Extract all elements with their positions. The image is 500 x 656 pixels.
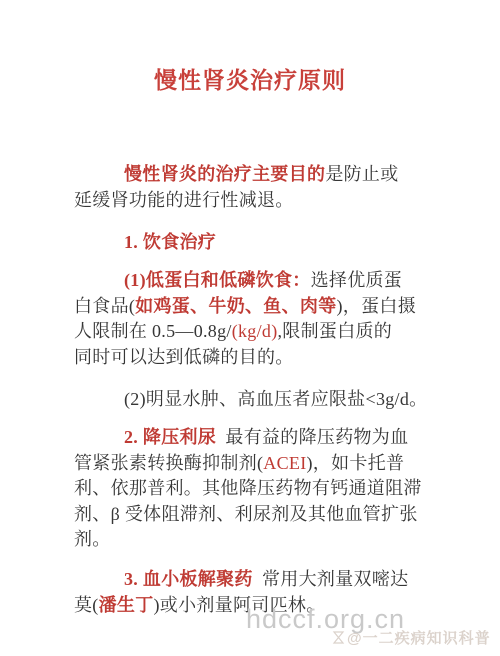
text-segment-plain: 选择优质蛋	[311, 270, 403, 290]
paragraph-bp-diuresis-line: 剂。	[74, 527, 434, 553]
text-segment-plain: 人限制在 0.5—0.8g/	[74, 321, 232, 341]
text-segment-red: ACEI	[263, 453, 306, 473]
text-segment-red-bold: 1. 饮食治疗	[124, 232, 216, 252]
text-segment-red-bold: 慢性肾炎的治疗主要目的	[124, 164, 325, 184]
text-segment-plain: ,限制蛋白质的	[278, 321, 393, 341]
paragraph-low-protein-line: 同时可以达到低磷的目的。	[74, 345, 434, 371]
heading-diet-therapy-line: 1. 饮食治疗	[74, 230, 434, 256]
paragraph-bp-diuresis-line: 利、依那普利。其他降压药物有钙通道阻滞	[74, 476, 434, 502]
document-page: 慢性肾炎治疗原则 慢性肾炎的治疗主要目的是防止或延缓肾功能的进行性减退。1. 饮…	[0, 0, 500, 656]
text-segment-red-bold: (1)低蛋白和低磷饮食：	[124, 270, 311, 290]
paragraph-bp-diuresis: 2. 降压利尿 最有益的降压药物为血管紧张素转换酶抑制剂(ACEI)，如卡托普利…	[74, 425, 434, 553]
intro-paragraph-line: 延缓肾功能的进行性减退。	[74, 188, 434, 214]
text-segment-plain: )，如卡托普	[307, 453, 405, 473]
text-segment-plain: 常用大剂量双嘧达	[253, 569, 409, 589]
text-segment-plain: 剂。	[74, 529, 111, 549]
watermark-credit-text: @一二疾病知识科普	[347, 627, 491, 648]
paragraph-low-protein-line: 人限制在 0.5—0.8g/(kg/d),限制蛋白质的	[74, 319, 434, 345]
text-segment-red-bold: 3. 血小板解聚药	[124, 569, 253, 589]
text-segment-plain: 最有益的降压药物为血	[216, 427, 408, 447]
paragraph-bp-diuresis-line: 2. 降压利尿 最有益的降压药物为血	[74, 425, 434, 451]
text-segment-plain: 是防止或	[325, 164, 398, 184]
intro-paragraph: 慢性肾炎的治疗主要目的是防止或延缓肾功能的进行性减退。	[74, 162, 434, 213]
text-segment-plain: 同时可以达到低磷的目的。	[74, 347, 294, 367]
page-title: 慢性肾炎治疗原则	[0, 62, 500, 95]
paragraph-antiplatelet-line: 3. 血小板解聚药 常用大剂量双嘧达	[74, 567, 434, 593]
text-segment-plain: 剂、β 受体阻滞剂、利尿剂及其他血管扩张	[74, 504, 418, 524]
paragraph-salt-limit-line: (2)明显水肿、高血压者应限盐<3g/d。	[74, 387, 434, 413]
paragraph-bp-diuresis-line: 剂、β 受体阻滞剂、利尿剂及其他血管扩张	[74, 502, 434, 528]
text-segment-red: (kg/d)	[232, 321, 278, 341]
intro-paragraph-line: 慢性肾炎的治疗主要目的是防止或	[74, 162, 434, 188]
text-segment-red-bold: 潘生丁	[99, 595, 154, 615]
paragraph-low-protein-line: (1)低蛋白和低磷饮食：选择优质蛋	[74, 268, 434, 294]
text-segment-red-bold: 2. 降压利尿	[124, 427, 216, 447]
paragraph-low-protein: (1)低蛋白和低磷饮食：选择优质蛋白食品(如鸡蛋、牛奶、鱼、肉等)，蛋白摄人限制…	[74, 268, 434, 370]
text-segment-plain: )，蛋白摄	[337, 296, 417, 316]
paragraph-bp-diuresis-line: 管紧张素转换酶抑制剂(ACEI)，如卡托普	[74, 451, 434, 477]
text-segment-plain: 白食品(	[74, 296, 135, 316]
text-segment-plain: 管紧张素转换酶抑制剂(	[74, 453, 263, 473]
text-segment-plain: (2)明显水肿、高血压者应限盐<3g/d。	[124, 389, 427, 409]
text-segment-plain: 延缓肾功能的进行性减退。	[74, 190, 294, 210]
heading-diet-therapy: 1. 饮食治疗	[74, 230, 434, 256]
paragraph-low-protein-line: 白食品(如鸡蛋、牛奶、鱼、肉等)，蛋白摄	[74, 294, 434, 320]
text-segment-plain: 莫(	[74, 595, 99, 615]
watermark-credit: @一二疾病知识科普	[332, 627, 491, 648]
text-segment-red-bold: 如鸡蛋、牛奶、鱼、肉等	[135, 296, 336, 316]
bowtie-logo-icon	[332, 631, 345, 644]
text-segment-plain: 利、依那普利。其他降压药物有钙通道阻滞	[74, 478, 422, 498]
paragraph-salt-limit: (2)明显水肿、高血压者应限盐<3g/d。	[74, 387, 434, 413]
